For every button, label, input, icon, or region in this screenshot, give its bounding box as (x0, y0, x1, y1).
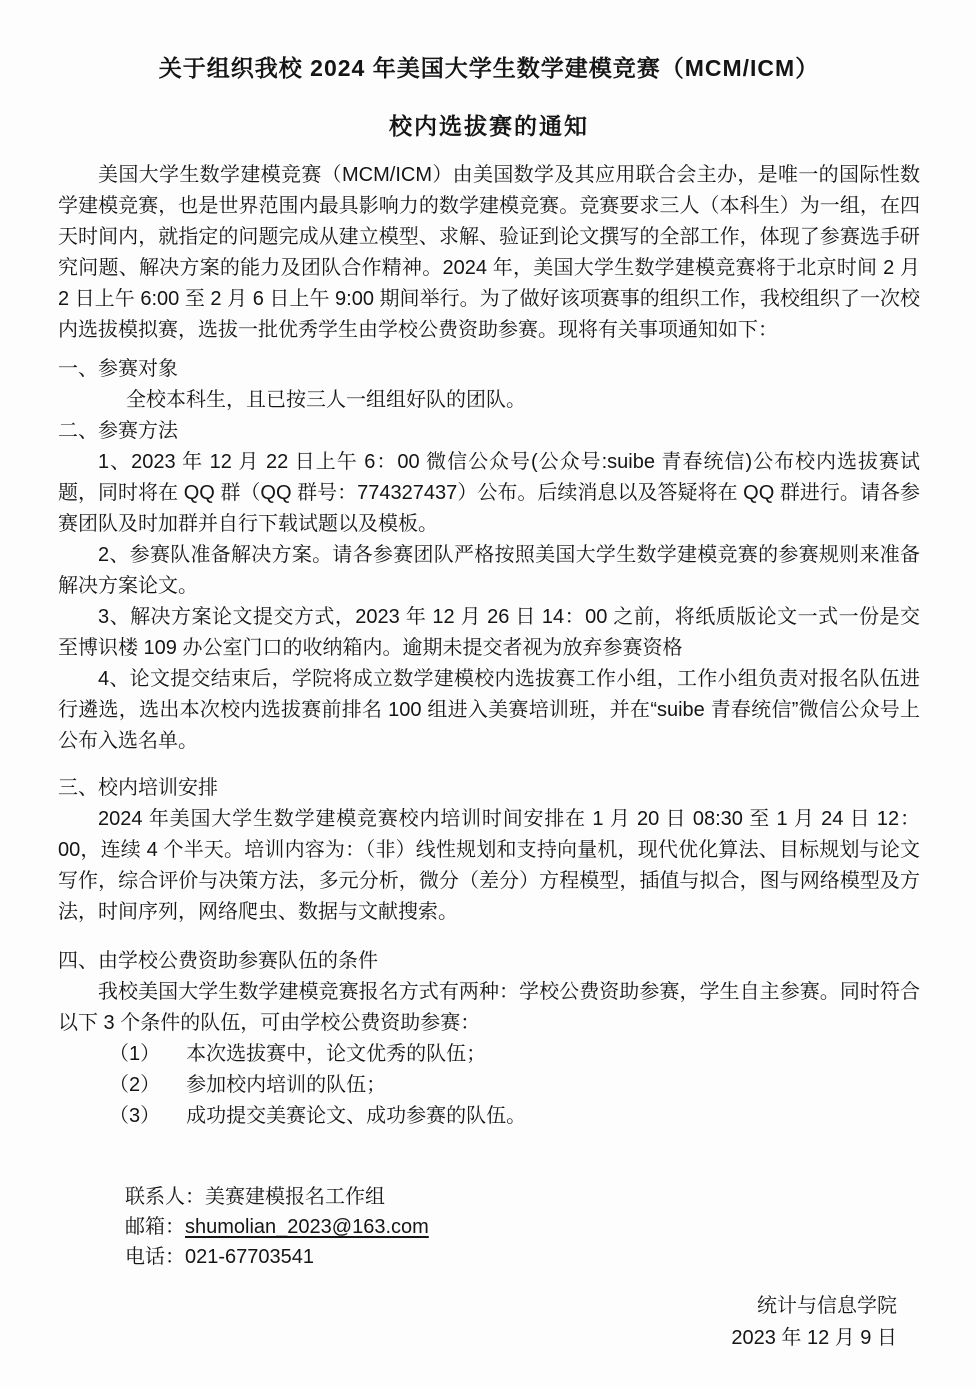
section3-body: 2024 年美国大学生数学建模竞赛校内培训时间安排在 1 月 20 日 08:3… (58, 804, 920, 928)
contact-phone-label: 电话： (125, 1246, 185, 1268)
section4-body: 我校美国大学生数学建模竞赛报名方式有两种：学校公费资助参赛，学生自主参赛。同时符… (58, 977, 920, 1039)
condition-number: （1） (109, 1039, 160, 1070)
contact-person-line: 联系人：美赛建模报名工作组 (125, 1182, 429, 1212)
section2-item-4: 4、论文提交结束后，学院将成立数学建模校内选拔赛工作小组，工作小组负责对报名队伍… (58, 664, 920, 757)
condition-item-2: （2） 参加校内培训的队伍； (58, 1070, 920, 1101)
contact-email-line: 邮箱：shumolian_2023@163.com (125, 1212, 429, 1242)
section1-body: 全校本科生，且已按三人一组组好队的团队。 (58, 385, 920, 416)
condition-text: 成功提交美赛论文、成功参赛的队伍。 (186, 1101, 526, 1132)
section-funding: 四、由学校公费资助参赛队伍的条件 我校美国大学生数学建模竞赛报名方式有两种：学校… (58, 946, 920, 1132)
contact-phone-line: 电话：021-67703541 (125, 1242, 429, 1272)
section2-item-1: 1、2023 年 12 月 22 日上午 6：00 微信公众号(公众号:suib… (58, 447, 920, 540)
section-method: 二、参赛方法 1、2023 年 12 月 22 日上午 6：00 微信公众号(公… (58, 416, 920, 757)
section-training: 三、校内培训安排 2024 年美国大学生数学建模竞赛校内培训时间安排在 1 月 … (58, 773, 920, 928)
section2-heading: 二、参赛方法 (58, 416, 920, 447)
condition-item-1: （1） 本次选拔赛中，论文优秀的队伍； (58, 1039, 920, 1070)
condition-number: （3） (109, 1101, 160, 1132)
contact-person-value: 美赛建模报名工作组 (205, 1186, 385, 1208)
condition-number: （2） (109, 1070, 160, 1101)
section-participants: 一、参赛对象 全校本科生，且已按三人一组组好队的团队。 (58, 354, 920, 416)
signature-date: 2023 年 12 月 9 日 (731, 1322, 897, 1354)
signature-org: 统计与信息学院 (731, 1290, 897, 1322)
section4-heading: 四、由学校公费资助参赛队伍的条件 (58, 946, 920, 977)
contact-person-label: 联系人： (125, 1186, 205, 1208)
section1-heading: 一、参赛对象 (58, 354, 920, 385)
document-subtitle: 校内选拔赛的通知 (58, 110, 920, 142)
condition-item-3: （3） 成功提交美赛论文、成功参赛的队伍。 (58, 1101, 920, 1132)
section2-item-3: 3、解决方案论文提交方式，2023 年 12 月 26 日 14：00 之前，将… (58, 602, 920, 664)
section2-item-2: 2、参赛队准备解决方案。请各参赛团队严格按照美国大学生数学建模竞赛的参赛规则来准… (58, 540, 920, 602)
document-title: 关于组织我校 2024 年美国大学生数学建模竞赛（MCM/ICM） (58, 52, 920, 84)
contact-email-label: 邮箱： (125, 1216, 185, 1238)
condition-text: 参加校内培训的队伍； (186, 1070, 386, 1101)
contact-block: 联系人：美赛建模报名工作组 邮箱：shumolian_2023@163.com … (125, 1182, 429, 1272)
condition-text: 本次选拔赛中，论文优秀的队伍； (186, 1039, 486, 1070)
notice-document: 关于组织我校 2024 年美国大学生数学建模竞赛（MCM/ICM） 校内选拔赛的… (0, 0, 976, 1389)
signature-block: 统计与信息学院 2023 年 12 月 9 日 (731, 1290, 897, 1354)
intro-paragraph: 美国大学生数学建模竞赛（MCM/ICM）由美国数学及其应用联合会主办，是唯一的国… (58, 160, 920, 346)
contact-phone-value: 021-67703541 (185, 1246, 314, 1268)
section3-heading: 三、校内培训安排 (58, 773, 920, 804)
contact-email-link[interactable]: shumolian_2023@163.com (185, 1216, 429, 1238)
